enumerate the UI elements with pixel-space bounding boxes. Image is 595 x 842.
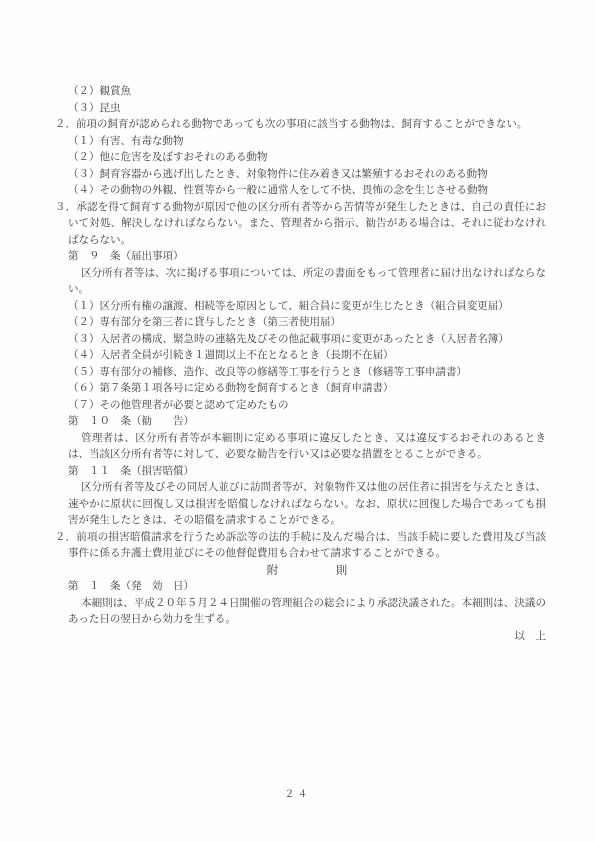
supplementary-article-1-heading: 第 １ 条（発 効 日）	[68, 579, 546, 596]
list-item-insects: （３）昆虫	[68, 101, 546, 118]
article-9-heading: 第 ９ 条（届出事項）	[68, 249, 546, 266]
list-item-ornamental-fish: （２）観賞魚	[68, 84, 546, 101]
article-11-para-2: ２．前項の損害賠償請求を行うため訴訟等の法的手続に及んだ場合は、当該手続に要した…	[68, 530, 546, 563]
clause-2-paragraph: ２．前項の飼育が認められる動物であっても次の事項に該当する動物は、飼育することが…	[68, 117, 546, 134]
clause-3-paragraph: ３．承認を得て飼育する動物が原因で他の区分所有者等から苦情等が発生したときは、自…	[68, 200, 546, 250]
page-number: ２４	[0, 787, 595, 804]
article-10-heading: 第 １０ 条（勧 告）	[68, 414, 546, 431]
article-9-item: （６）第７条第１項各号に定める動物を飼育するとき（飼育申請書）	[68, 381, 546, 398]
article-9-item: （３）入居者の構成、緊急時の連絡先及びその他記載事項に変更があったとき（入居者名…	[68, 332, 546, 349]
article-11-heading: 第 １１ 条（損害賠償）	[68, 464, 546, 481]
clause-2-item: （２）他に危害を及ぼすおそれのある動物	[68, 150, 546, 167]
article-10-body: 管理者は、区分所有者等が本細則に定める事項に違反したとき、又は違反するおそれのあ…	[68, 431, 546, 464]
supplementary-article-1-body: 本細則は、平成２０年５月２４日開催の管理組合の総会により承認決議された。本細則は…	[68, 596, 546, 629]
clause-2-item: （４）その動物の外観、性質等から一般に通常人をして不快、畏怖の念を生じさせる動物	[68, 183, 546, 200]
clause-2-item: （３）飼育容器から逃げ出したとき、対象物件に住み着き又は繁殖するおそれのある動物	[68, 167, 546, 184]
supplementary-provisions-heading: 附 則	[68, 563, 546, 580]
article-9-item: （１）区分所有権の譲渡、相続等を原因として、組合員に変更が生じたとき（組合員変更…	[68, 299, 546, 316]
article-9-intro: 区分所有者等は、次に掲げる事項については、所定の書面をもって管理者に届け出なけれ…	[68, 266, 546, 299]
page-body: （２）観賞魚 （３）昆虫 ２．前項の飼育が認められる動物であっても次の事項に該当…	[68, 84, 546, 645]
article-9-item: （５）専有部分の補修、造作、改良等の修繕等工事を行うとき（修繕等工事申請書）	[68, 365, 546, 382]
article-9-item: （７）その他管理者が必要と認めて定めたもの	[68, 398, 546, 415]
article-9-item: （２）専有部分を第三者に貸与したとき（第三者使用届）	[68, 315, 546, 332]
closing-mark: 以 上	[68, 629, 546, 646]
article-9-item: （４）入居者全員が引続き１週間以上不在となるとき（長期不在届）	[68, 348, 546, 365]
document-page: （２）観賞魚 （３）昆虫 ２．前項の飼育が認められる動物であっても次の事項に該当…	[0, 0, 595, 842]
clause-2-item: （１）有害、有毒な動物	[68, 134, 546, 151]
article-11-para-1: 区分所有者等及びその同居人並びに訪問者等が、対象物件又は他の居住者に損害を与えた…	[68, 480, 546, 530]
